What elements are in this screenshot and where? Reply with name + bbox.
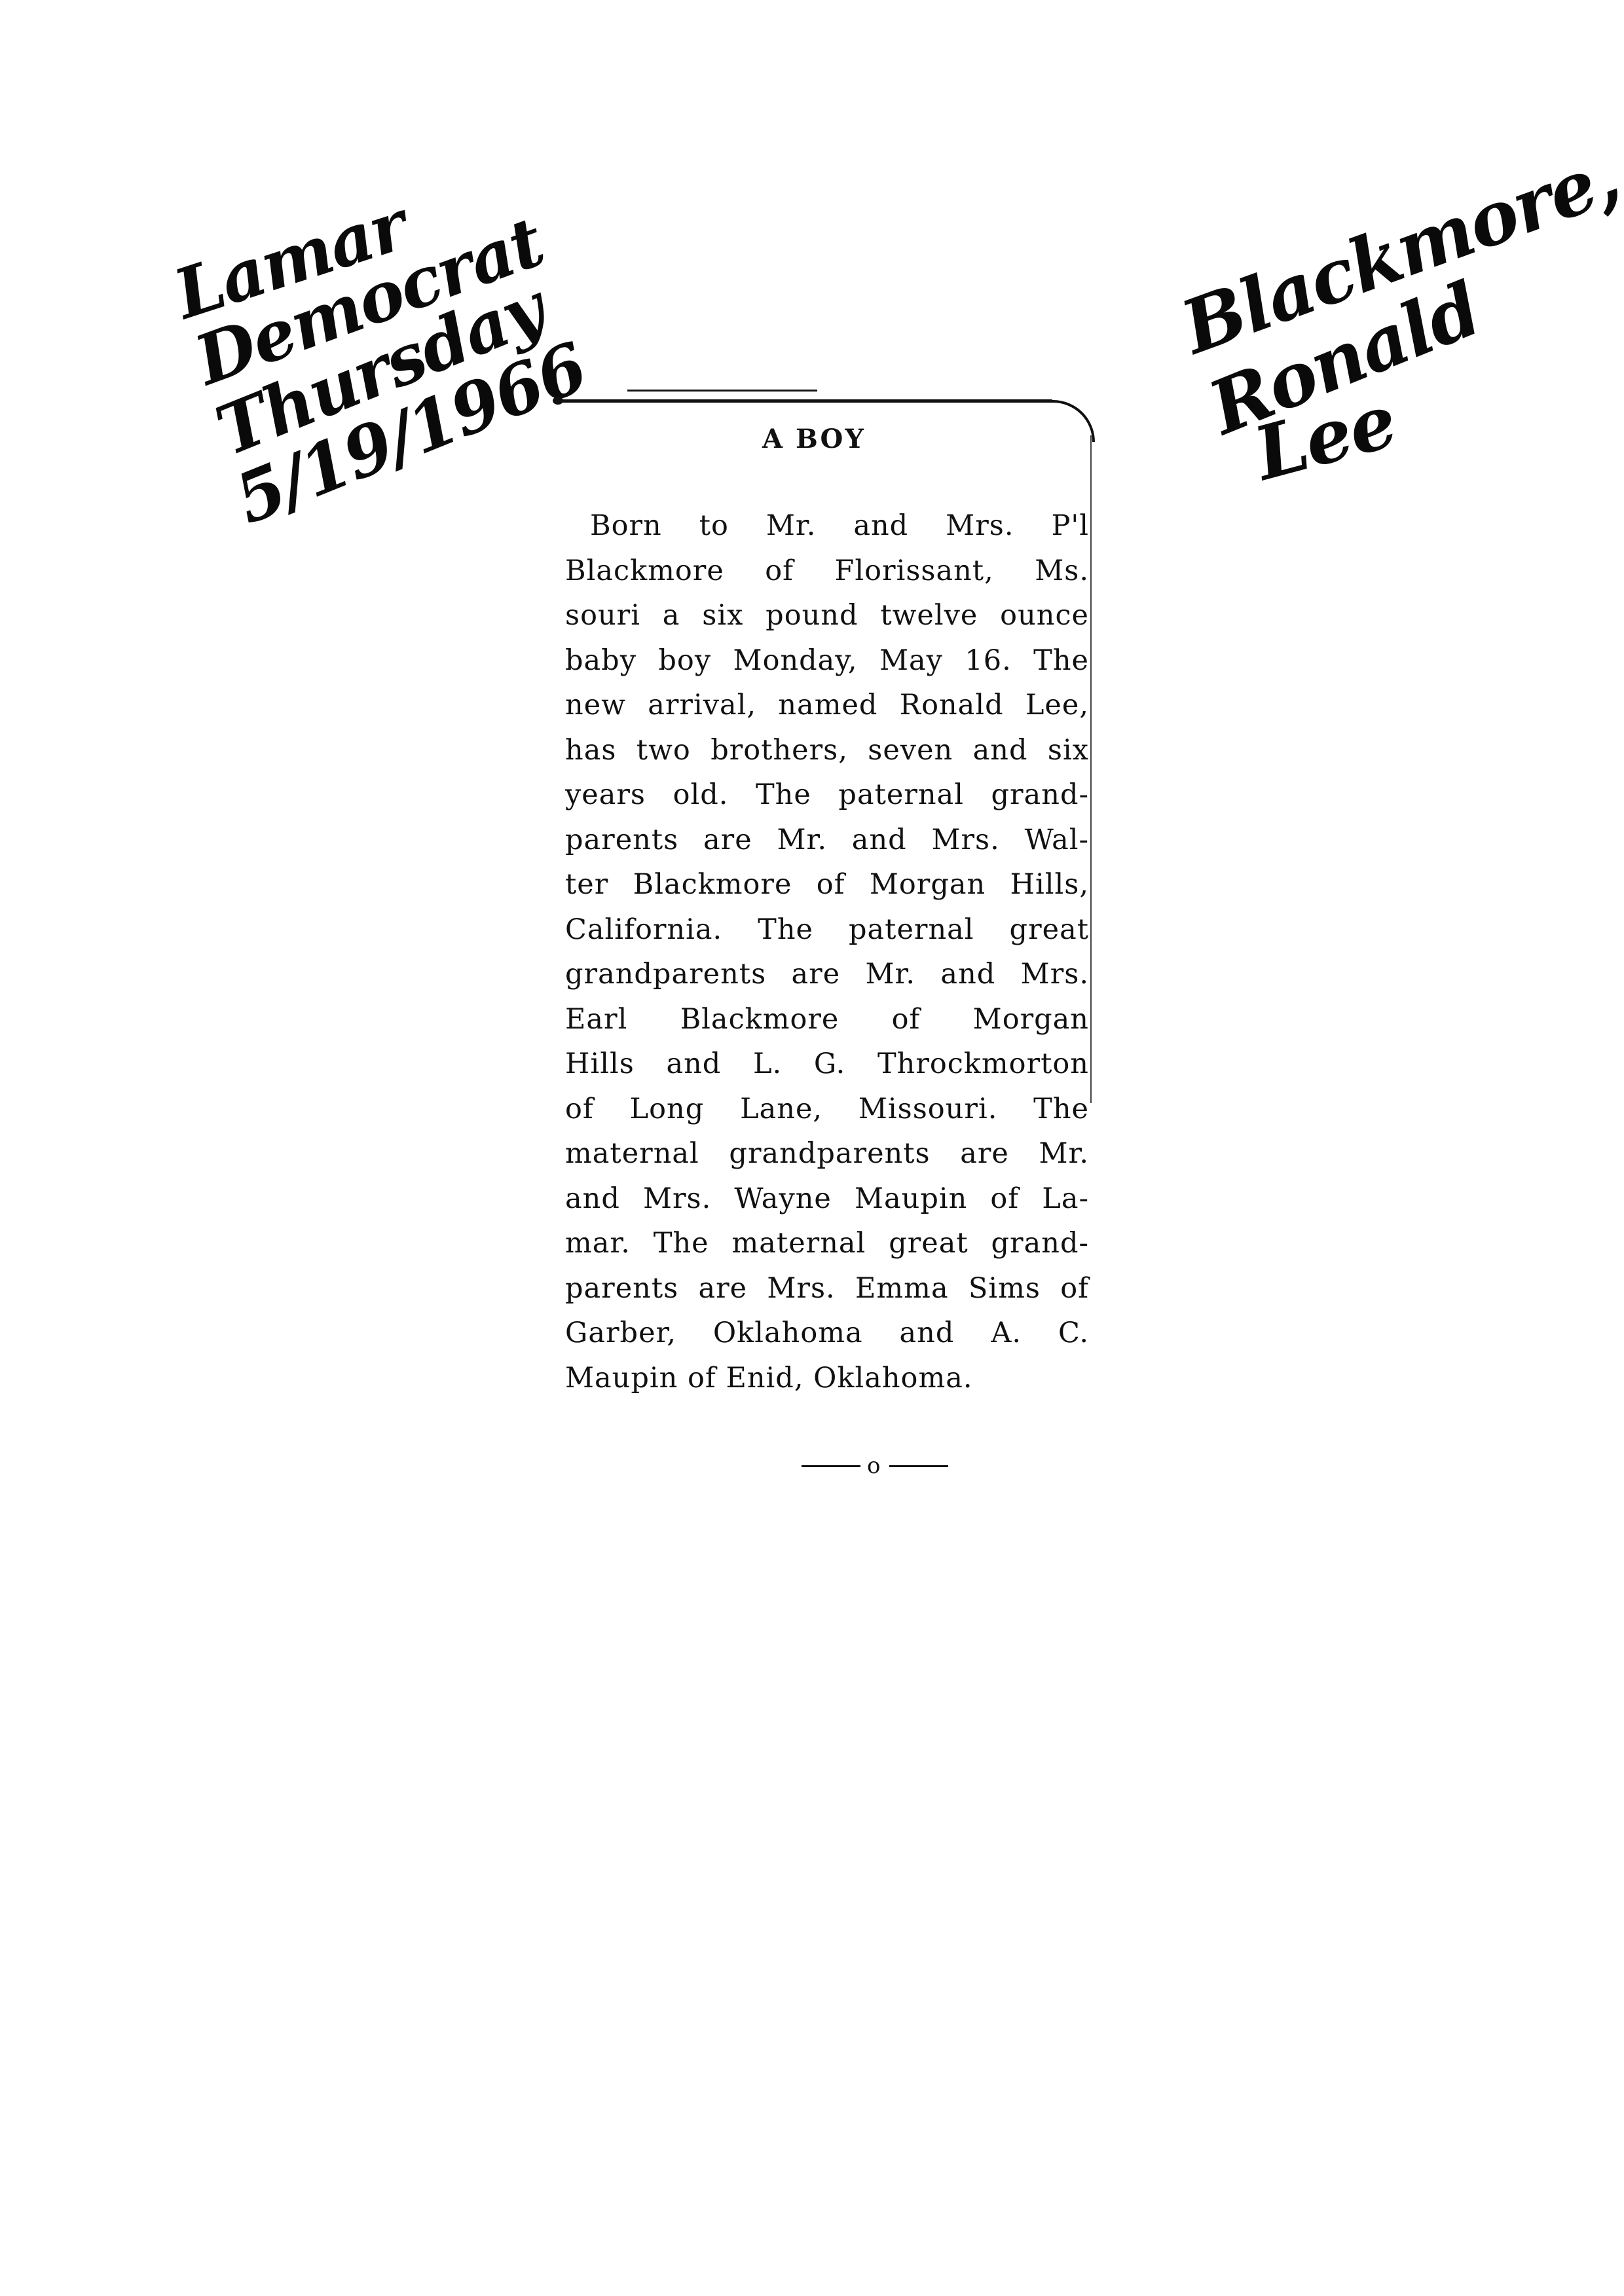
article-line: new arrival, named Ronald Lee, bbox=[565, 683, 1089, 728]
article-line: maternal grandparents are Mr. bbox=[565, 1131, 1089, 1176]
article-line: Hills and L. G. Throckmorton bbox=[565, 1042, 1089, 1087]
article-line: parents are Mr. and Mrs. Wal- bbox=[565, 818, 1089, 863]
decorative-rule bbox=[555, 399, 1053, 403]
article-line: Earl Blackmore of Morgan bbox=[565, 997, 1089, 1042]
article-line: baby boy Monday, May 16. The bbox=[565, 638, 1089, 683]
article-line: has two brothers, seven and six bbox=[565, 728, 1089, 773]
article-line: years old. The paternal grand- bbox=[565, 773, 1089, 818]
article-line: Blackmore of Florissant, Ms. bbox=[565, 549, 1089, 594]
article-line: grandparents are Mr. and Mrs. bbox=[565, 952, 1089, 997]
article-line: and Mrs. Wayne Maupin of La- bbox=[565, 1176, 1089, 1222]
article-line: Born to Mr. and Mrs. P'l bbox=[565, 503, 1089, 549]
handwritten-source-note: Lamar Democrat Thursday 5/19/1966 bbox=[160, 196, 596, 467]
article-line: Garber, Oklahoma and A. C. bbox=[565, 1311, 1089, 1356]
separator-bar bbox=[802, 1465, 860, 1467]
article-line: Maupin of Enid, Oklahoma. bbox=[565, 1356, 1089, 1401]
article-line: California. The paternal great bbox=[565, 907, 1089, 953]
article-line: ter Blackmore of Morgan Hills, bbox=[565, 862, 1089, 907]
newspaper-clipping: A BOY Born to Mr. and Mrs. P'l Blackmore… bbox=[555, 383, 1092, 1496]
article-line: of Long Lane, Missouri. The bbox=[565, 1087, 1089, 1132]
article-line: mar. The maternal great grand- bbox=[565, 1221, 1089, 1266]
handwritten-name-note: Blackmore, Ronald Lee bbox=[1172, 216, 1624, 444]
decorative-rule bbox=[627, 390, 817, 392]
article-line: souri a six pound twelve ounce bbox=[565, 593, 1089, 638]
separator-mark: o bbox=[867, 1453, 880, 1479]
column-edge bbox=[1090, 435, 1092, 1103]
article-body: Born to Mr. and Mrs. P'l Blackmore of Fl… bbox=[565, 503, 1089, 1400]
end-separator: o bbox=[802, 1453, 952, 1479]
article-line: parents are Mrs. Emma Sims of bbox=[565, 1266, 1089, 1311]
separator-bar bbox=[889, 1465, 948, 1467]
headline: A BOY bbox=[555, 424, 1073, 454]
